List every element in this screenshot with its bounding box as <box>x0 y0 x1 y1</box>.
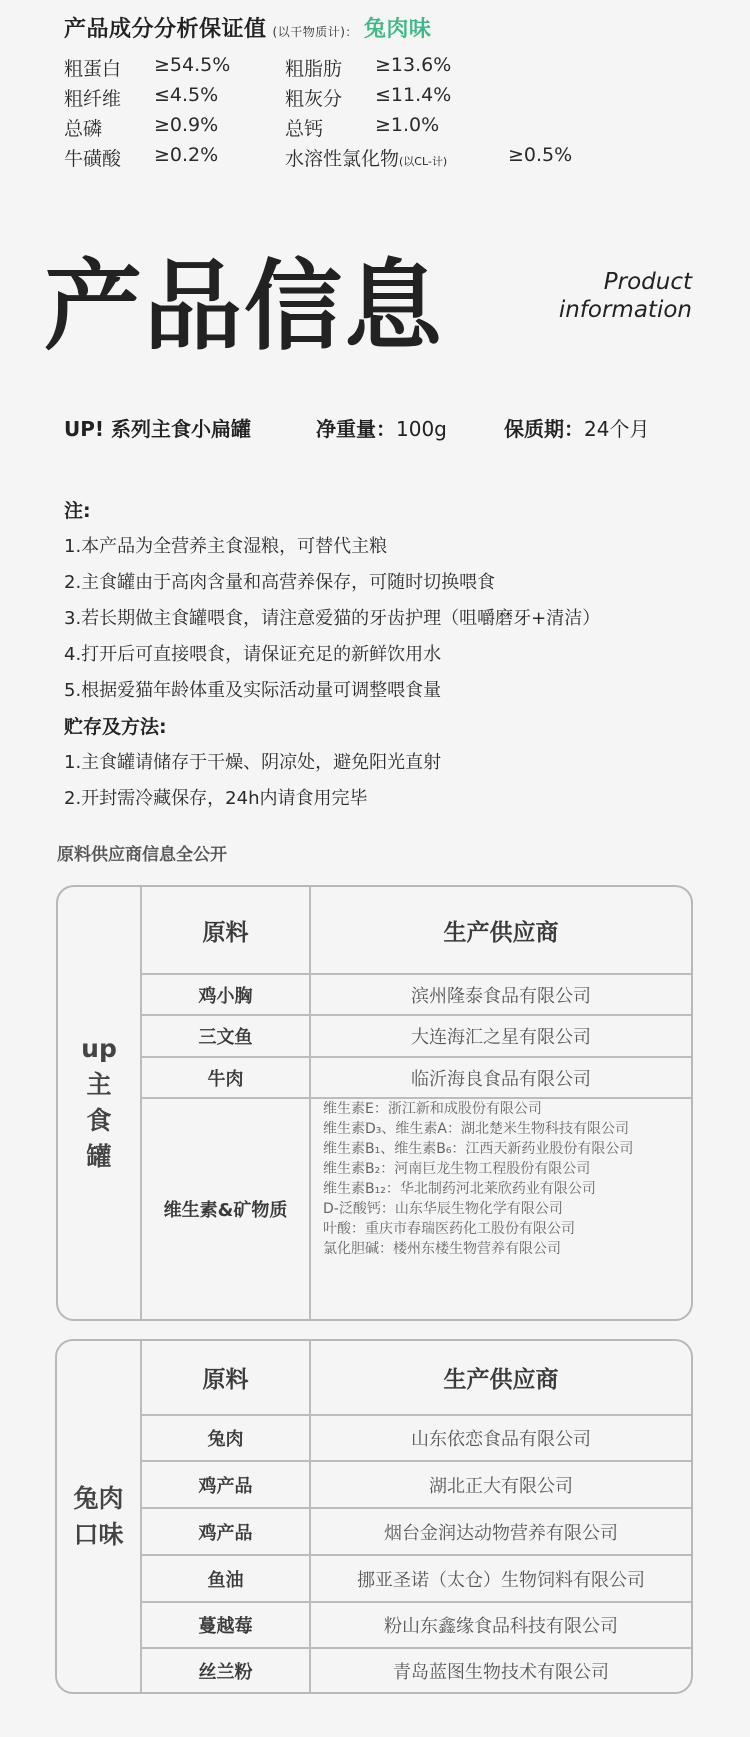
nutrient-name: 总磷 <box>64 114 102 141</box>
net-weight: 净重量：100g <box>316 413 447 442</box>
group-label-line: 口味 <box>73 1517 123 1553</box>
shelf-value: 24个月 <box>584 417 649 441</box>
nutrient-value: ≤11.4% <box>375 84 451 106</box>
vitamin-supplier-list: 维生素E：浙江新和成股份有限公司 维生素D₃、维生素A：湖北楚米生物科技有限公司… <box>311 1099 691 1319</box>
vitamin-supplier: 维生素B₂：河南巨龙生物工程股份有限公司 <box>323 1159 590 1179</box>
analysis-title: 产品成分分析保证值(以干物质计)：兔肉味 <box>64 12 431 43</box>
material-cell: 鱼油 <box>142 1556 309 1601</box>
group-label-line: 食 <box>86 1103 111 1139</box>
page-title: 产品信息 <box>44 258 444 356</box>
nutrient-value: ≥0.2% <box>154 144 218 166</box>
analysis-title-text: 产品成分分析保证值 <box>64 17 267 42</box>
group-label-line: 兔肉 <box>73 1481 123 1517</box>
supplier-cell: 临沂海良食品有限公司 <box>311 1058 691 1097</box>
nutrient-name: 牛磺酸 <box>64 144 121 171</box>
supplier-cell: 青岛蓝图生物技术有限公司 <box>311 1649 691 1692</box>
nutrient-name: 粗脂肪 <box>285 54 342 81</box>
nutrient-row: 总磷 ≥0.9% <box>64 114 102 141</box>
supplier-cell: 湖北正大有限公司 <box>311 1462 691 1507</box>
product-series: UP! 系列主食小扁罐 <box>64 413 251 442</box>
supplier-cell: 山东依恋食品有限公司 <box>311 1416 691 1460</box>
vitamin-supplier: 维生素D₃、维生素A：湖北楚米生物科技有限公司 <box>323 1119 629 1139</box>
storage-heading: 贮存及方法: <box>64 712 167 739</box>
storage-item: 1.主食罐请储存于干燥、阴凉处，避免阳光直射 <box>64 748 441 774</box>
nutrient-row: 牛磺酸 ≥0.2% <box>64 144 121 171</box>
material-cell: 蔓越莓 <box>142 1603 309 1647</box>
supplier-cell: 粉山东鑫缘食品科技有限公司 <box>311 1603 691 1647</box>
supplier-cell: 滨州隆泰食品有限公司 <box>311 975 691 1014</box>
nutrient-row: 粗蛋白 ≥54.5% <box>64 54 121 81</box>
vitamin-supplier: 氯化胆碱：楼州东楼生物营养有限公司 <box>323 1239 561 1259</box>
material-cell: 丝兰粉 <box>142 1649 309 1692</box>
vitamin-supplier: D-泛酸钙：山东华辰生物化学有限公司 <box>323 1199 563 1219</box>
supplier-cell: 大连海汇之星有限公司 <box>311 1016 691 1056</box>
analysis-note: (以干物质计)： <box>273 25 358 39</box>
supplier-table-main: up 主 食 罐 原料 生产供应商 鸡小胸 滨州隆泰食品有限公司 三文鱼 大连海… <box>56 885 693 1321</box>
supplier-section-title: 原料供应商信息全公开 <box>57 840 227 865</box>
note-item: 5.根据爱猫年龄体重及实际活动量可调整喂食量 <box>64 676 441 702</box>
header-material: 原料 <box>142 887 309 973</box>
material-cell: 鸡小胸 <box>142 975 309 1014</box>
vitamin-supplier: 维生素B₁、维生素B₆：江西天新药业股份有限公司 <box>323 1139 633 1159</box>
nutrient-value: ≥0.9% <box>154 114 218 136</box>
nutrient-name: 总钙 <box>285 114 323 141</box>
nutrient-name: 粗纤维 <box>64 84 121 111</box>
material-cell: 三文鱼 <box>142 1016 309 1056</box>
note-item: 2.主食罐由于高肉含量和高营养保存，可随时切换喂食 <box>64 568 495 594</box>
nutrient-row: 粗脂肪 ≥13.6% <box>285 54 342 81</box>
group-label-line: up <box>81 1031 117 1067</box>
material-cell: 牛肉 <box>142 1058 309 1097</box>
nutrient-row: 粗纤维 ≤4.5% <box>64 84 121 111</box>
note-item: 1.本产品为全营养主食湿粮，可替代主粮 <box>64 532 387 558</box>
group-label: 兔肉 口味 <box>57 1341 140 1692</box>
vitamin-supplier: 叶酸：重庆市春瑞医药化工股份有限公司 <box>323 1219 575 1239</box>
notes-heading: 注: <box>64 496 91 523</box>
series-text: UP! 系列主食小扁罐 <box>64 417 251 441</box>
vitamin-supplier: 维生素E：浙江新和成股份有限公司 <box>323 1099 542 1119</box>
header-supplier: 生产供应商 <box>311 887 691 973</box>
nutrient-value: ≥54.5% <box>154 54 230 76</box>
material-cell: 鸡产品 <box>142 1462 309 1507</box>
weight-label: 净重量： <box>316 417 396 441</box>
nutrient-row: 水溶性氯化物(以CL-计) ≥0.5% <box>285 144 447 171</box>
group-label-line: 罐 <box>86 1139 111 1175</box>
english-title: Product information <box>559 268 692 324</box>
material-cell: 鸡产品 <box>142 1509 309 1554</box>
supplier-table-rabbit: 兔肉 口味 原料 生产供应商 兔肉 山东依恋食品有限公司 鸡产品 湖北正大有限公… <box>55 1339 693 1694</box>
supplier-cell: 挪亚圣诺（太仓）生物饲料有限公司 <box>311 1556 691 1601</box>
nutrient-name: 粗蛋白 <box>64 54 121 81</box>
nutrient-row: 粗灰分 ≤11.4% <box>285 84 342 111</box>
nutrient-row: 总钙 ≥1.0% <box>285 114 323 141</box>
group-label: up 主 食 罐 <box>58 887 140 1319</box>
english-title-line2: information <box>559 296 692 324</box>
note-item: 4.打开后可直接喂食，请保证充足的新鲜饮用水 <box>64 640 441 666</box>
nutrient-name: 粗灰分 <box>285 84 342 111</box>
nutrient-value: ≥13.6% <box>375 54 451 76</box>
nutrient-name: 水溶性氯化物 <box>285 144 399 171</box>
weight-value: 100g <box>396 417 447 441</box>
storage-item: 2.开封需冷藏保存，24h内请食用完毕 <box>64 784 368 810</box>
flavor-label: 兔肉味 <box>364 17 432 42</box>
note-item: 3.若长期做主食罐喂食，请注意爱猫的牙齿护理（咀嚼磨牙+清洁） <box>64 604 600 630</box>
header-material: 原料 <box>142 1341 309 1414</box>
nutrient-name-sub: (以CL-计) <box>399 155 447 168</box>
supplier-cell: 烟台金润达动物营养有限公司 <box>311 1509 691 1554</box>
shelf-label: 保质期： <box>504 417 584 441</box>
english-title-line1: Product <box>559 268 692 296</box>
material-cell: 维生素&矿物质 <box>142 1099 309 1319</box>
vitamin-supplier: 维生素B₁₂：华北制药河北莱欣药业有限公司 <box>323 1179 596 1199</box>
group-label-line: 主 <box>86 1067 111 1103</box>
nutrient-value: ≥0.5% <box>508 144 572 166</box>
header-supplier: 生产供应商 <box>311 1341 691 1414</box>
material-cell: 兔肉 <box>142 1416 309 1460</box>
shelf-life: 保质期：24个月 <box>504 413 649 442</box>
nutrient-value: ≤4.5% <box>154 84 218 106</box>
nutrient-value: ≥1.0% <box>375 114 439 136</box>
